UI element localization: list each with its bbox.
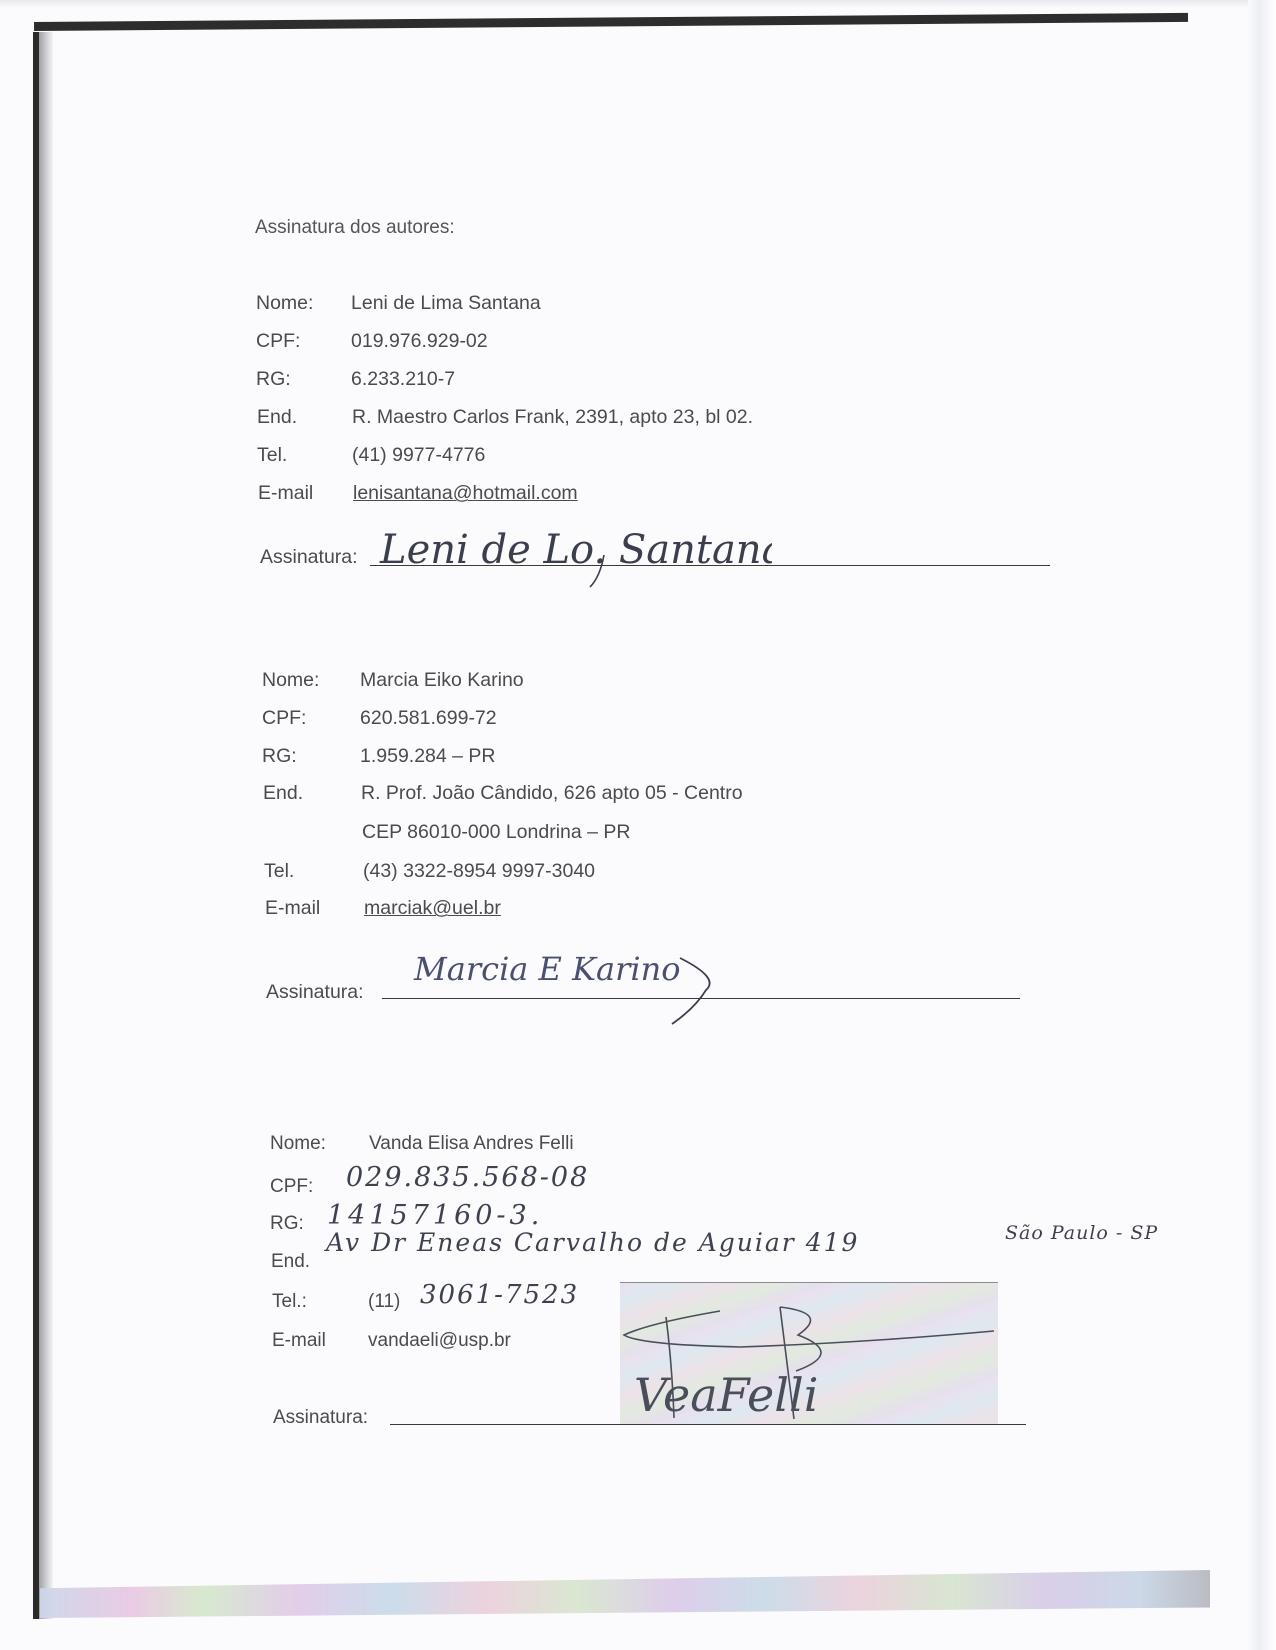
author-3-signature-line <box>390 1424 1026 1425</box>
author-2-rg: 1.959.284 – PR <box>360 745 496 768</box>
rg-label: RG: <box>262 745 297 768</box>
svg-text:Leni de Lo. Santana: Leni de Lo. Santana <box>379 527 772 573</box>
name-label: Nome: <box>270 1133 326 1155</box>
author-3-signature-label: Assinatura: <box>273 1407 368 1429</box>
rg-label: RG: <box>270 1213 304 1235</box>
phone-label: Tel. <box>257 444 287 467</box>
author-3-rg-handwritten: 14157160-3. <box>327 1200 543 1231</box>
author-2-cpf: 620.581.699-72 <box>360 707 497 730</box>
author-3-address-handwritten: Av Dr Eneas Carvalho de Aguiar 419 <box>326 1228 859 1257</box>
phone-label: Tel.: <box>272 1291 307 1313</box>
author-3-cpf-handwritten: 029.835.568-08 <box>346 1162 589 1193</box>
author-1-name: Leni de Lima Santana <box>351 292 541 315</box>
author-3-email-link[interactable]: vandaeli@usp.br <box>368 1330 511 1352</box>
cpf-label: CPF: <box>262 707 306 730</box>
author-1-address: R. Maestro Carlos Frank, 2391, apto 23, … <box>352 406 753 429</box>
signature-form: Assinatura dos autores: Nome: Leni de Li… <box>0 0 1276 1650</box>
author-2-handwritten-signature: Marcia E Karino <box>410 928 730 1028</box>
author-3-phone-handwritten: 3061-7523 <box>420 1280 579 1310</box>
author-1-rg: 6.233.210-7 <box>351 368 455 391</box>
author-3-handwritten-signature: VeaFelli <box>620 1283 1000 1425</box>
rg-label: RG: <box>256 368 291 391</box>
name-label: Nome: <box>256 292 313 315</box>
cpf-label: CPF: <box>270 1176 313 1198</box>
author-3-city-handwritten: São Paulo - SP <box>1005 1222 1158 1244</box>
author-3-name: Vanda Elisa Andres Felli <box>369 1133 574 1155</box>
author-3-phone-prefix: (11) <box>368 1291 400 1313</box>
form-heading: Assinatura dos autores: <box>255 217 455 239</box>
author-2-address-line-1: R. Prof. João Cândido, 626 apto 05 - Cen… <box>361 782 743 805</box>
author-2-address-line-2: CEP 86010-000 Londrina – PR <box>362 821 631 844</box>
author-2-phone: (43) 3322-8954 9997-3040 <box>363 860 595 883</box>
address-label: End. <box>271 1251 310 1273</box>
author-1-handwritten-signature: Leni de Lo. Santana <box>372 515 772 590</box>
author-1-email-link[interactable]: lenisantana@hotmail.com <box>353 482 578 505</box>
email-label: E-mail <box>272 1330 326 1352</box>
author-1-cpf: 019.976.929-02 <box>351 330 488 353</box>
phone-label: Tel. <box>264 860 294 883</box>
author-1-phone: (41) 9977-4776 <box>352 444 485 467</box>
email-label: E-mail <box>258 482 313 505</box>
cpf-label: CPF: <box>256 330 300 353</box>
svg-text:Marcia E Karino: Marcia E Karino <box>413 950 680 988</box>
author-2-signature-label: Assinatura: <box>266 981 364 1004</box>
author-1-signature-label: Assinatura: <box>260 546 358 569</box>
name-label: Nome: <box>262 669 319 692</box>
author-2-email-link[interactable]: marciak@uel.br <box>364 897 501 920</box>
author-2-name: Marcia Eiko Karino <box>360 669 524 692</box>
address-label: End. <box>257 406 297 429</box>
email-label: E-mail <box>265 897 320 920</box>
svg-text:VeaFelli: VeaFelli <box>634 1368 818 1422</box>
address-label: End. <box>263 782 303 805</box>
